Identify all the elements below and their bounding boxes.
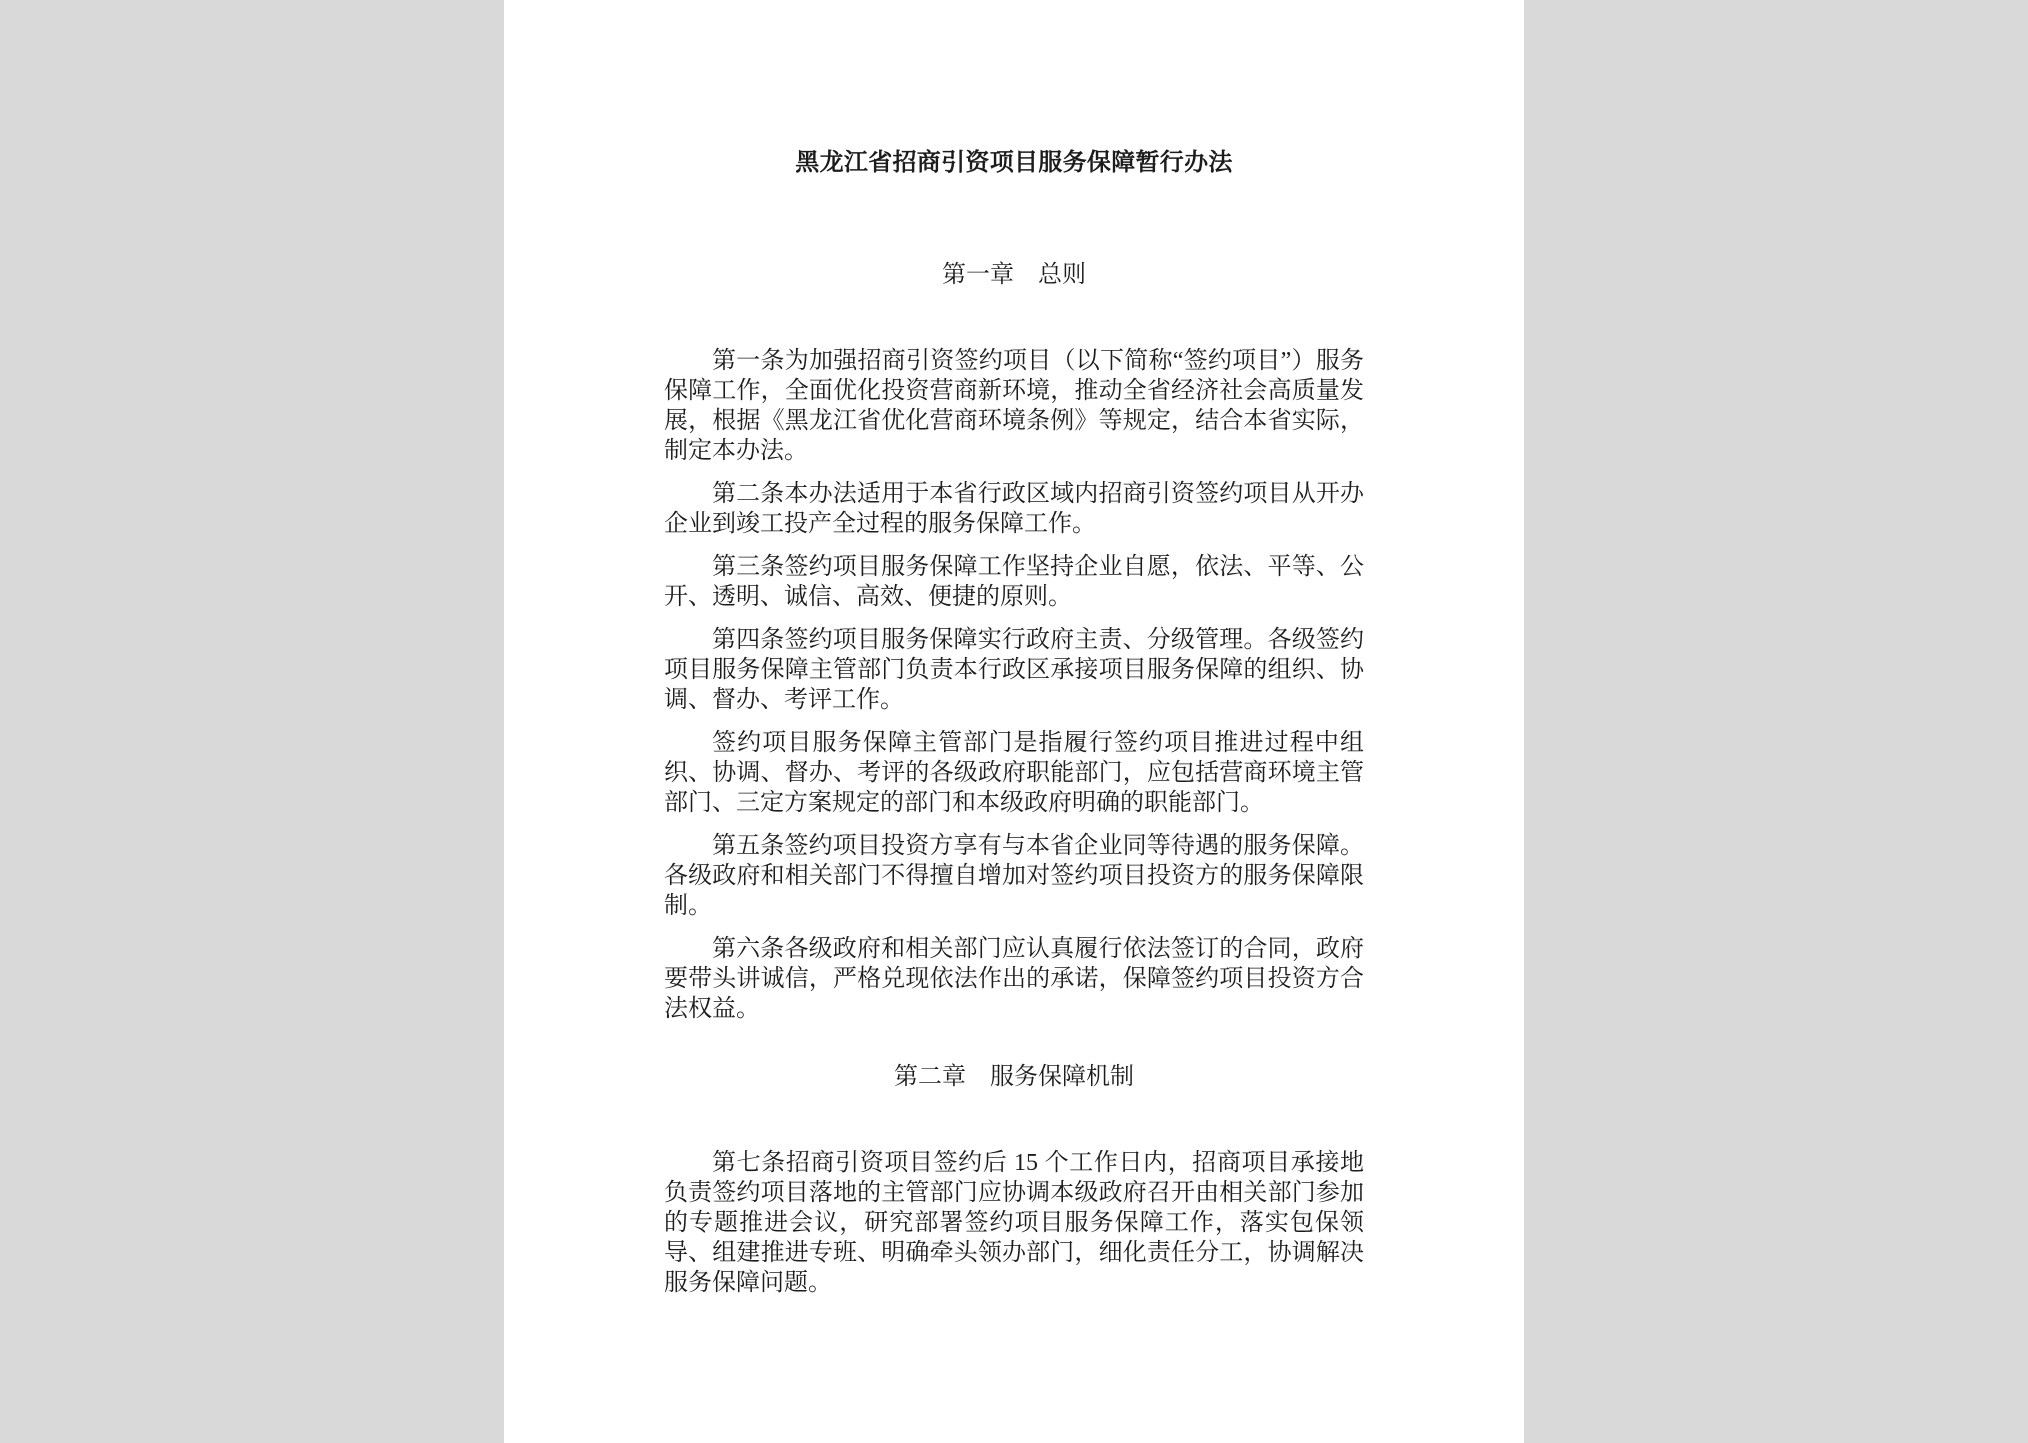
article-paragraph: 第六条各级政府和相关部门应认真履行依法签订的合同，政府要带头讲诚信，严格兑现依法… — [664, 934, 1364, 1024]
document-page: 黑龙江省招商引资项目服务保障暂行办法 第一章 总则 第一条为加强招商引资签约项目… — [504, 0, 1524, 1443]
chapter-1-heading: 第一章 总则 — [664, 260, 1364, 290]
document-content: 黑龙江省招商引资项目服务保障暂行办法 第一章 总则 第一条为加强招商引资签约项目… — [664, 150, 1364, 1298]
article-paragraph: 签约项目服务保障主管部门是指履行签约项目推进过程中组织、协调、督办、考评的各级政… — [664, 728, 1364, 818]
article-paragraph: 第一条为加强招商引资签约项目（以下简称“签约项目”）服务保障工作，全面优化投资营… — [664, 346, 1364, 466]
article-paragraph: 第三条签约项目服务保障工作坚持企业自愿，依法、平等、公开、透明、诚信、高效、便捷… — [664, 552, 1364, 612]
article-paragraph: 第四条签约项目服务保障实行政府主责、分级管理。各级签约项目服务保障主管部门负责本… — [664, 625, 1364, 715]
viewer-backdrop: 黑龙江省招商引资项目服务保障暂行办法 第一章 总则 第一条为加强招商引资签约项目… — [0, 0, 2028, 1443]
document-title: 黑龙江省招商引资项目服务保障暂行办法 — [664, 150, 1364, 177]
article-paragraph: 第七条招商引资项目签约后 15 个工作日内，招商项目承接地负责签约项目落地的主管… — [664, 1148, 1364, 1298]
chapter-2-heading: 第二章 服务保障机制 — [664, 1062, 1364, 1092]
article-paragraph: 第五条签约项目投资方享有与本省企业同等待遇的服务保障。各级政府和相关部门不得擅自… — [664, 831, 1364, 921]
article-paragraph: 第二条本办法适用于本省行政区域内招商引资签约项目从开办企业到竣工投产全过程的服务… — [664, 479, 1364, 539]
